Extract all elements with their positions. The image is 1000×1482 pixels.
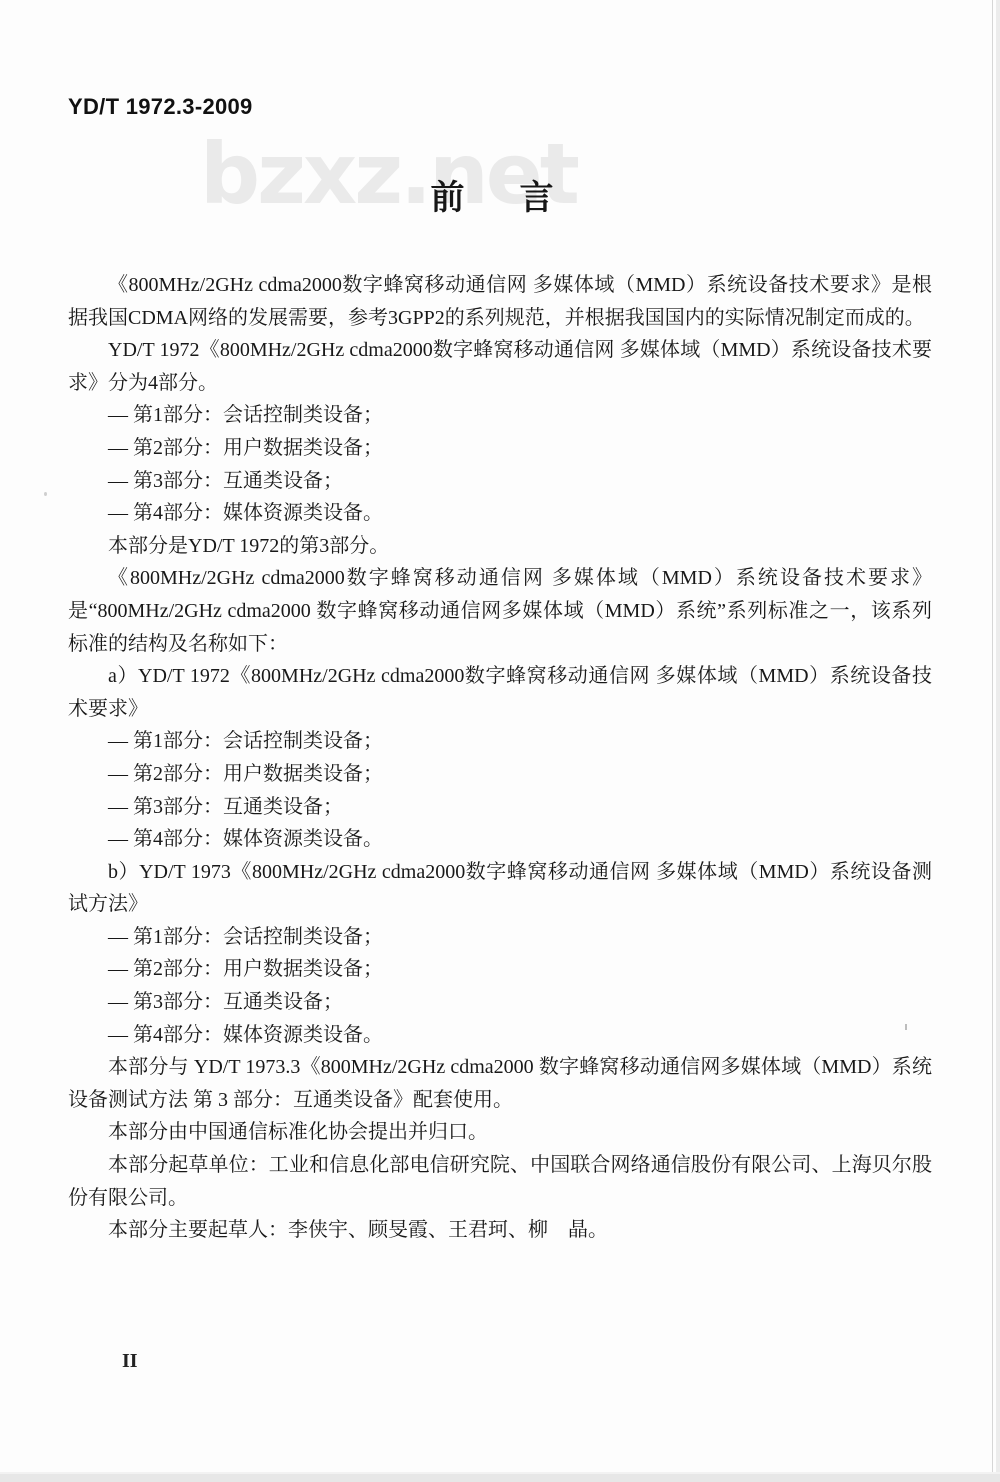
list-item: — 第2部分：用户数据类设备； (68, 953, 932, 986)
foreword-paragraph: 本部分主要起草人：李侠宇、顾旻霞、王君珂、柳 晶。 (68, 1214, 932, 1247)
scan-bottom-strip (0, 1472, 1000, 1482)
scan-edge-line (992, 0, 993, 1482)
foreword-paragraph: 本部分由中国通信标准化协会提出并归口。 (68, 1116, 932, 1149)
foreword-paragraph: 《800MHz/2GHz cdma2000数字蜂窝移动通信网 多媒体域（MMD）… (68, 269, 932, 334)
scan-speck (44, 492, 47, 496)
list-item: — 第1部分：会话控制类设备； (68, 399, 932, 432)
standard-number: YD/T 1972.3-2009 (68, 94, 253, 120)
page-number: II (122, 1350, 138, 1373)
page-title: 前 言 (0, 181, 984, 215)
list-item: — 第1部分：会话控制类设备； (68, 725, 932, 758)
scanned-document-page: YD/T 1972.3-2009 bzxz.net 前 言 《800MHz/2G… (0, 0, 1000, 1482)
foreword-paragraph: 本部分与 YD/T 1973.3《800MHz/2GHz cdma2000 数字… (68, 1051, 932, 1116)
list-item: — 第4部分：媒体资源类设备。 (68, 497, 932, 530)
scan-speck (905, 1024, 907, 1030)
list-item: — 第3部分：互通类设备； (68, 791, 932, 824)
list-item: — 第2部分：用户数据类设备； (68, 758, 932, 791)
foreword-paragraph: 本部分起草单位：工业和信息化部电信研究院、中国联合网络通信股份有限公司、上海贝尔… (68, 1149, 932, 1214)
list-item: — 第4部分：媒体资源类设备。 (68, 1019, 932, 1052)
scan-edge-shade (996, 0, 1000, 1482)
list-item-b: b）YD/T 1973《800MHz/2GHz cdma2000数字蜂窝移动通信… (68, 856, 932, 921)
foreword-paragraph: 本部分是YD/T 1972的第3部分。 (68, 530, 932, 563)
page-title-char-1: 前 (431, 181, 465, 215)
list-item: — 第1部分：会话控制类设备； (68, 921, 932, 954)
foreword-paragraph: YD/T 1972《800MHz/2GHz cdma2000数字蜂窝移动通信网 … (68, 334, 932, 399)
page-title-char-2: 言 (520, 181, 554, 215)
list-item-a: a）YD/T 1972《800MHz/2GHz cdma2000数字蜂窝移动通信… (68, 660, 932, 725)
foreword-body: 《800MHz/2GHz cdma2000数字蜂窝移动通信网 多媒体域（MMD）… (68, 269, 932, 1247)
foreword-paragraph: 《800MHz/2GHz cdma2000数字蜂窝移动通信网 多媒体域（MMD）… (68, 562, 932, 660)
list-item: — 第3部分：互通类设备； (68, 465, 932, 498)
list-item: — 第3部分：互通类设备； (68, 986, 932, 1019)
list-item: — 第4部分：媒体资源类设备。 (68, 823, 932, 856)
list-item: — 第2部分：用户数据类设备； (68, 432, 932, 465)
